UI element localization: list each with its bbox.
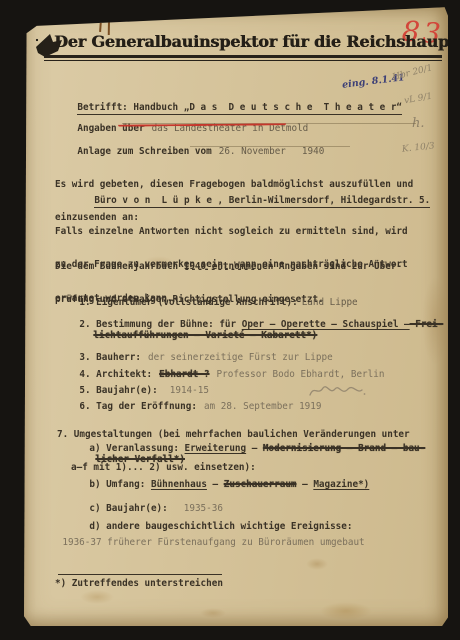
- dash-separator: —: [207, 479, 224, 490]
- stain: [80, 590, 114, 604]
- margin-note: K. 10/3: [402, 141, 436, 154]
- q7b-label: b) Umfang:: [89, 479, 151, 490]
- pen-stroke: [99, 6, 103, 32]
- q7d-answer: 1936-37 früherer Fürstenaufgang zu Büror…: [62, 537, 364, 548]
- paper-sheet: A 83 Der Generalbauinspektor für die Rei…: [24, 6, 448, 626]
- q7a-underlined-option: Erweiterung: [185, 443, 247, 454]
- dash-separator: —: [246, 443, 263, 454]
- margin-note: vL 9/1: [403, 92, 433, 107]
- q1-answer: Land Lippe: [302, 297, 358, 308]
- separator-dashes: ------------: [184, 264, 263, 275]
- pen-stroke: [108, 6, 111, 35]
- q4-answer: Professor Bodo Ebhardt, Berlin: [217, 369, 385, 380]
- form-blank-line: [190, 135, 350, 147]
- q2-struck-option: Frei-: [410, 319, 444, 330]
- footnote-rule: [58, 574, 222, 575]
- text-line: Falls einzelne Antworten nicht sogleich …: [55, 226, 408, 237]
- q1-label: 1. Eigentümer (vollständige Anschrift):: [79, 297, 297, 308]
- q2-struck-options: lichtaufführungen — Varieté — Kabarett*): [93, 330, 317, 341]
- title-rule: [44, 55, 442, 61]
- red-corner-letter: A: [66, 5, 83, 29]
- footnote: *) Zutreffendes unterstreichen: [55, 578, 223, 589]
- question-7d-answer: 1936-37 früherer Fürstenaufgang zu Büror…: [40, 526, 365, 560]
- dash-separator: —: [297, 479, 314, 490]
- red-underline: [118, 112, 286, 126]
- q7b-struck-option: Zuschauerraum: [224, 479, 297, 490]
- document-title: Der Generalbauinspektor für die Reichsha…: [54, 32, 448, 51]
- document-photo: { "colors": { "paper": "#d5c49c", "backg…: [0, 0, 460, 640]
- q7b-underlined-option: Bühnenhaus: [151, 479, 207, 490]
- stain: [320, 602, 372, 620]
- q7b-underlined-option: Magazine*): [313, 479, 369, 490]
- q7a-struck-options: licher Verfall*): [95, 454, 185, 465]
- q7a-struck-options: Modernisierung — Brand — bau-: [263, 443, 425, 454]
- stain: [200, 608, 226, 618]
- pencil-scribble: [308, 383, 366, 399]
- margin-note: Hbr 20/1: [391, 63, 433, 83]
